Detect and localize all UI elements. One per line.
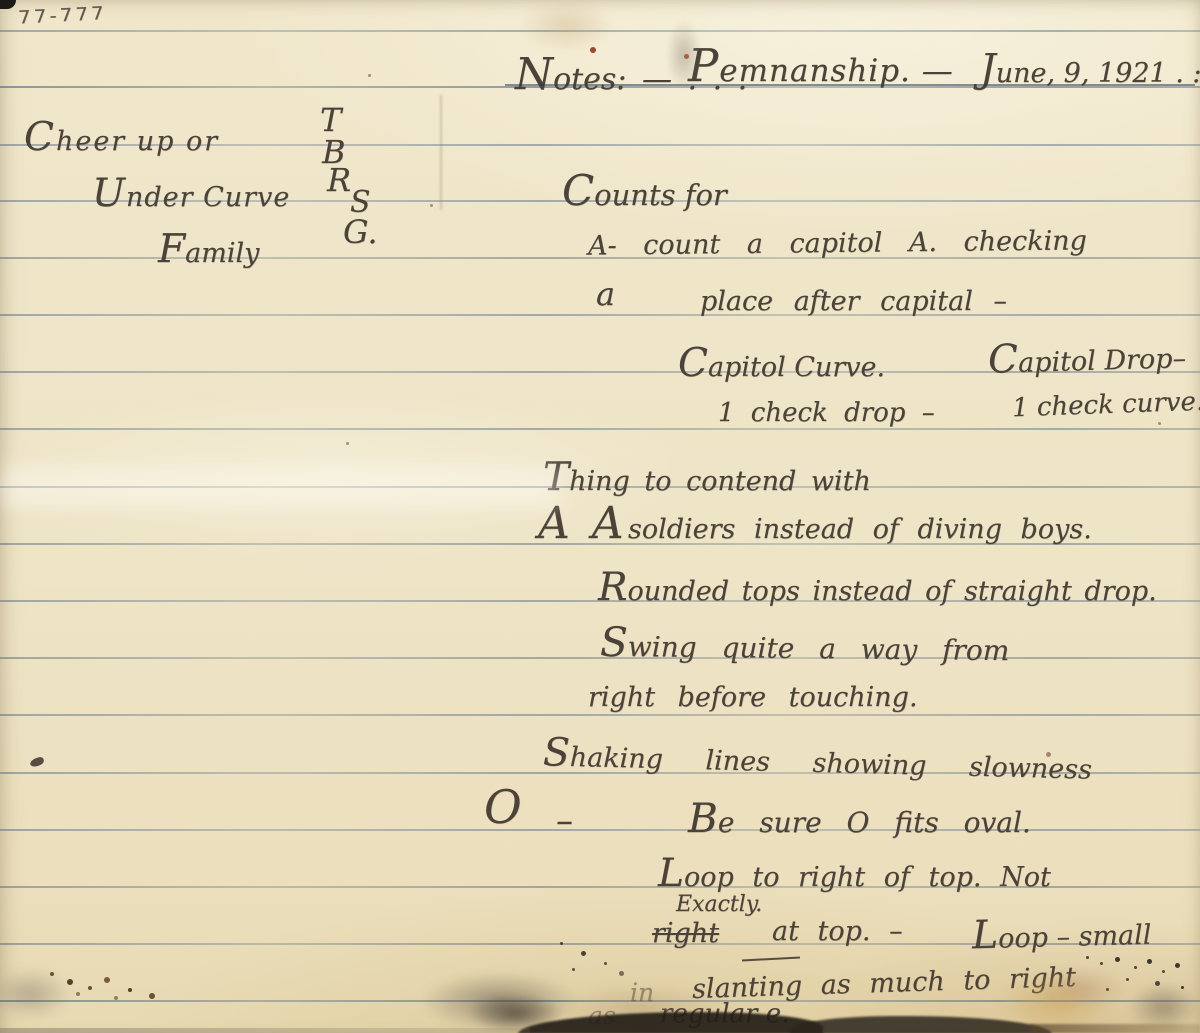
ruled-line	[0, 314, 1200, 316]
capitol-curve-label: Capitol Curve.	[678, 344, 885, 383]
crease-mark	[440, 95, 442, 210]
ruled-line	[0, 30, 1200, 32]
as-word: as	[588, 1003, 616, 1028]
stroke-dash-mark	[742, 956, 800, 961]
rounded-tops-line: Rounded tops instead of straight drop.	[598, 568, 1157, 607]
ruled-line	[0, 428, 1200, 430]
swing-line: Swing quite a way from	[600, 622, 1010, 667]
contend-heading: Thing to contend with	[543, 458, 871, 497]
slanting-line: slanting as much to right	[692, 964, 1077, 1003]
pen-test-scribble: 77-777	[18, 4, 108, 27]
cheer-up-note: Cheer up or	[24, 118, 219, 157]
practice-letter-g: G.	[343, 216, 378, 248]
count-a-line: A- count a capitol A. checking	[588, 227, 1087, 259]
family-note: Family	[158, 230, 259, 269]
stain-top-center	[520, 0, 615, 52]
check-drop-line: 1 check drop –	[718, 400, 935, 426]
soldiers-line: soldiers instead of diving boys.	[628, 516, 1092, 543]
corner-ink-stain	[0, 0, 16, 9]
practice-letter-t: T	[320, 104, 341, 136]
faint-in-word: in	[630, 980, 654, 1005]
be-sure-line: Be sure O fits oval.	[688, 798, 1031, 839]
place-lead-letter: a	[596, 278, 615, 310]
at-top-line: at top. –	[772, 918, 903, 945]
o-dash: –	[556, 804, 573, 838]
loop-small-line: Loop – small	[972, 912, 1152, 956]
right-before-line: right before touching.	[588, 684, 918, 711]
ruled-line	[0, 714, 1200, 716]
under-curve-note: Under Curve	[92, 174, 290, 213]
big-a-pair: A A	[538, 502, 628, 546]
struck-right-word: right	[652, 920, 719, 947]
counts-heading: Counts for	[562, 170, 727, 212]
dust-dots	[368, 74, 371, 77]
place-after-capital-line: place after capital –	[700, 288, 1007, 315]
paper-edge-shadow	[1030, 1024, 1200, 1033]
exactly-insertion: Exactly.	[676, 894, 762, 916]
paper-edge-shadow	[790, 1016, 1052, 1033]
page-title-date: June, 9, 1921 . : . —	[980, 50, 1200, 89]
red-fleck	[590, 47, 596, 53]
practice-letter-r: R	[327, 164, 351, 196]
smudge-bottom-left-edge	[0, 968, 72, 1020]
smudge-bottom-right	[1128, 982, 1200, 1032]
capitol-drop-label: Capitol Drop–	[987, 335, 1186, 380]
notebook-page: 77-777 Notes: — . . . Pemnanship. — June…	[0, 0, 1200, 1033]
check-curve-line: 1 check curve.	[1012, 389, 1200, 422]
paper-edge-shadow	[0, 1028, 530, 1033]
specks-bottom-left	[50, 972, 54, 976]
specks-bottom-right	[1086, 956, 1089, 959]
page-title-subject: Pemnanship. —	[688, 44, 954, 89]
loop-line-1: Loop to right of top. Not	[658, 854, 1051, 893]
ink-blot-left-margin	[29, 756, 45, 768]
shaking-line: Shaking lines showing slowness	[543, 733, 1093, 786]
regular-line: regular e.	[660, 1001, 789, 1027]
big-o: O	[484, 784, 522, 830]
